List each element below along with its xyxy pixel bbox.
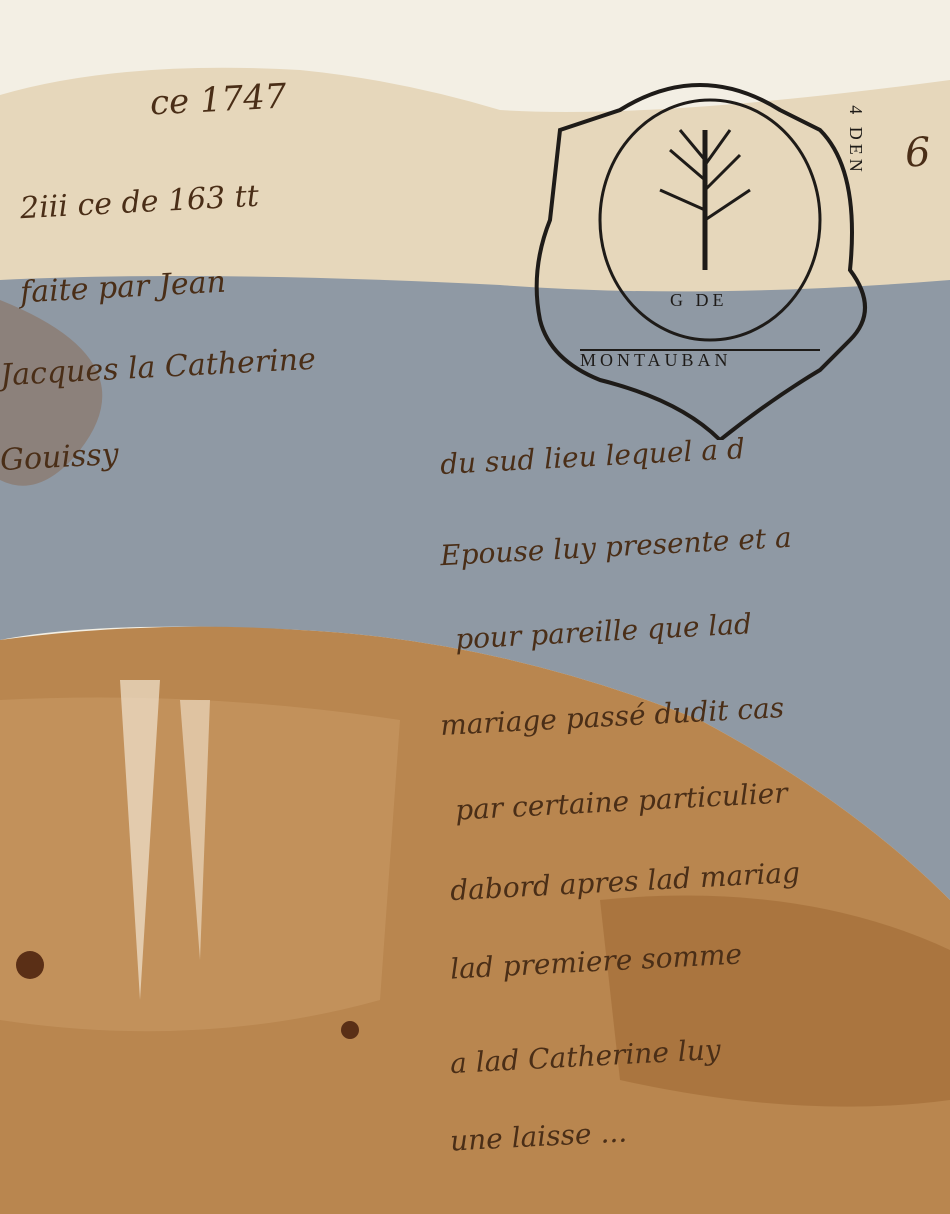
hw-line: Gouissy (0, 437, 120, 478)
hw-margin: 6 (904, 129, 932, 176)
stamp-denomination: 4 DEN (845, 105, 866, 176)
tree-emblem-icon (520, 70, 900, 440)
stamp-middle-text: G DE (670, 290, 728, 311)
stamp-city: MONTAUBAN (580, 350, 732, 371)
hw-line: ce 1747 (149, 76, 287, 123)
montauban-tax-stamp: 4 DEN G DE MONTAUBAN (520, 70, 900, 440)
